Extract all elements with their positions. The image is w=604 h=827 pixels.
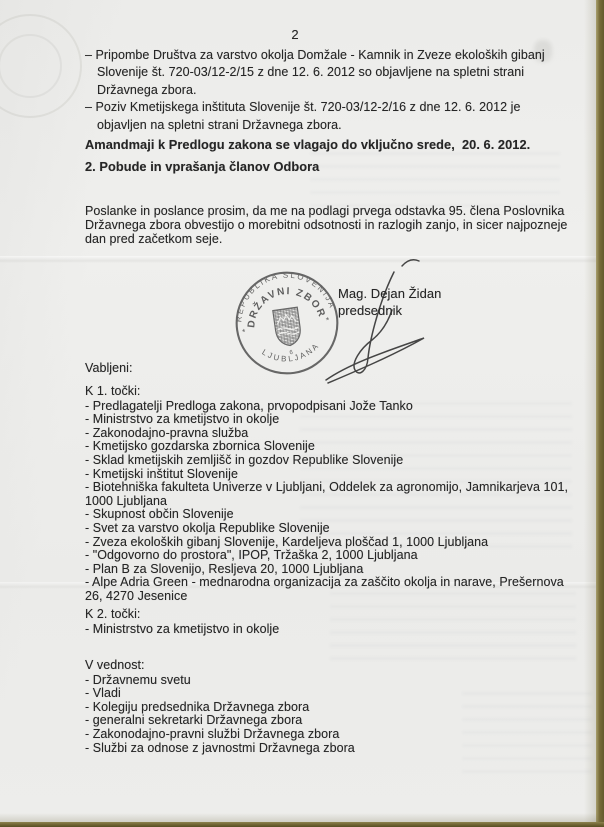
handwritten-signature	[316, 252, 496, 397]
list-line: - Ministrstvo za kmetijstvo in okolje	[85, 623, 279, 637]
section-heading: 2. Pobude in vprašanja članov Odbora	[85, 159, 319, 174]
paragraph-line: dan pred začetkom seje.	[85, 233, 567, 247]
stamp-coat-of-arms	[273, 307, 303, 347]
invited-point2-block: K 2. točki: - Ministrstvo za kmetijstvo …	[85, 608, 279, 636]
list-line: - Predlagatelji Predloga zakona, prvopod…	[85, 400, 568, 414]
list-line: - Zakonodajno-pravna služba	[85, 427, 568, 441]
page-number: 2	[0, 27, 590, 42]
cc-block: V vednost: - Državnemu svetu- Vladi- Kol…	[85, 659, 355, 755]
list-line: - "Odgovorno do prostora", IPOP, Tržaška…	[85, 549, 568, 563]
cc-list: - Državnemu svetu- Vladi- Kolegiju preds…	[85, 674, 355, 756]
bullet-line: – Poziv Kmetijskega inštituta Slovenije …	[85, 99, 545, 116]
scan-edge-shadow	[584, 0, 596, 827]
list-line: - Ministrstvo za kmetijstvo in okolje	[85, 413, 568, 427]
list-line: - Zakonodajno-pravni službi Državnega zb…	[85, 728, 355, 742]
paragraph-line: Poslanke in poslance prosim, da me na po…	[85, 205, 567, 219]
point2-list: - Ministrstvo za kmetijstvo in okolje	[85, 623, 279, 637]
stamp-star-left: *	[242, 327, 247, 337]
bullet-line: Slovenije št. 720-03/12-2/15 z dne 12. 6…	[85, 64, 545, 81]
list-line: - Državnemu svetu	[85, 674, 355, 688]
scan-edge-strip	[0, 822, 604, 827]
ink-bleedthrough	[462, 692, 592, 778]
point1-list: - Predlagatelji Predloga zakona, prvopod…	[85, 400, 568, 604]
point2-heading: K 2. točki:	[85, 608, 279, 622]
list-line: - Alpe Adria Green - mednarodna organiza…	[85, 576, 568, 590]
list-line: - Zveza ekoloških gibanj Slovenije, Kard…	[85, 536, 568, 550]
list-line: - Svet za varstvo okolja Republike Slove…	[85, 522, 568, 536]
list-line: 26, 4270 Jesenice	[85, 590, 568, 604]
list-line: - Plan B za Slovenijo, Resljeva 20, 1000…	[85, 563, 568, 577]
paper-impression-ring	[0, 34, 62, 98]
invited-heading: Vabljeni:	[85, 361, 132, 375]
amendment-deadline-note: Amandmaji k Predlogu zakona se vlagajo d…	[85, 137, 530, 152]
intro-bullets: – Pripombe Društva za varstvo okolja Dom…	[85, 47, 545, 134]
scan-edge-strip	[596, 0, 604, 827]
paper-fold-crease	[0, 256, 604, 263]
list-line: - Sklad kmetijskih zemljišč in gozdov Re…	[85, 454, 568, 468]
bullet-line: – Pripombe Društva za varstvo okolja Dom…	[85, 47, 545, 64]
signatory-title: predsednik	[338, 303, 402, 318]
paragraph-line: Državnega zbora obvestijo o morebitni od…	[85, 219, 567, 233]
scan-edge-shadow	[0, 813, 604, 822]
list-line: - Službi za odnose z javnostmi Državnega…	[85, 742, 355, 756]
point1-heading: K 1. točki:	[85, 385, 568, 399]
list-line: - Vladi	[85, 687, 355, 701]
scanned-document-page: 2 – Pripombe Društva za varstvo okolja D…	[0, 0, 604, 827]
bullet-line: objavljen na spletni strani Državnega zb…	[85, 117, 545, 134]
cc-heading: V vednost:	[85, 659, 355, 673]
bullet-line: Državnega zbora.	[85, 82, 545, 99]
list-line: - Kmetijsko gozdarska zbornica Slovenije	[85, 440, 568, 454]
ink-bleedthrough	[310, 152, 560, 210]
signatory-name: Mag. Dejan Židan	[338, 286, 441, 301]
list-line: 1000 Ljubljana	[85, 495, 568, 509]
list-line: - generalni sekretarki Državnega zbora	[85, 714, 355, 728]
attendance-paragraph: Poslanke in poslance prosim, da me na po…	[85, 205, 567, 246]
list-line: - Kolegiju predsednika Državnega zbora	[85, 701, 355, 715]
list-line: - Skupnost občin Slovenije	[85, 508, 568, 522]
list-line: - Biotehniška fakulteta Univerze v Ljubl…	[85, 481, 568, 495]
invited-point1-block: K 1. točki: - Predlagatelji Predloga zak…	[85, 385, 568, 604]
list-line: - Kmetijski inštitut Slovenije	[85, 468, 568, 482]
